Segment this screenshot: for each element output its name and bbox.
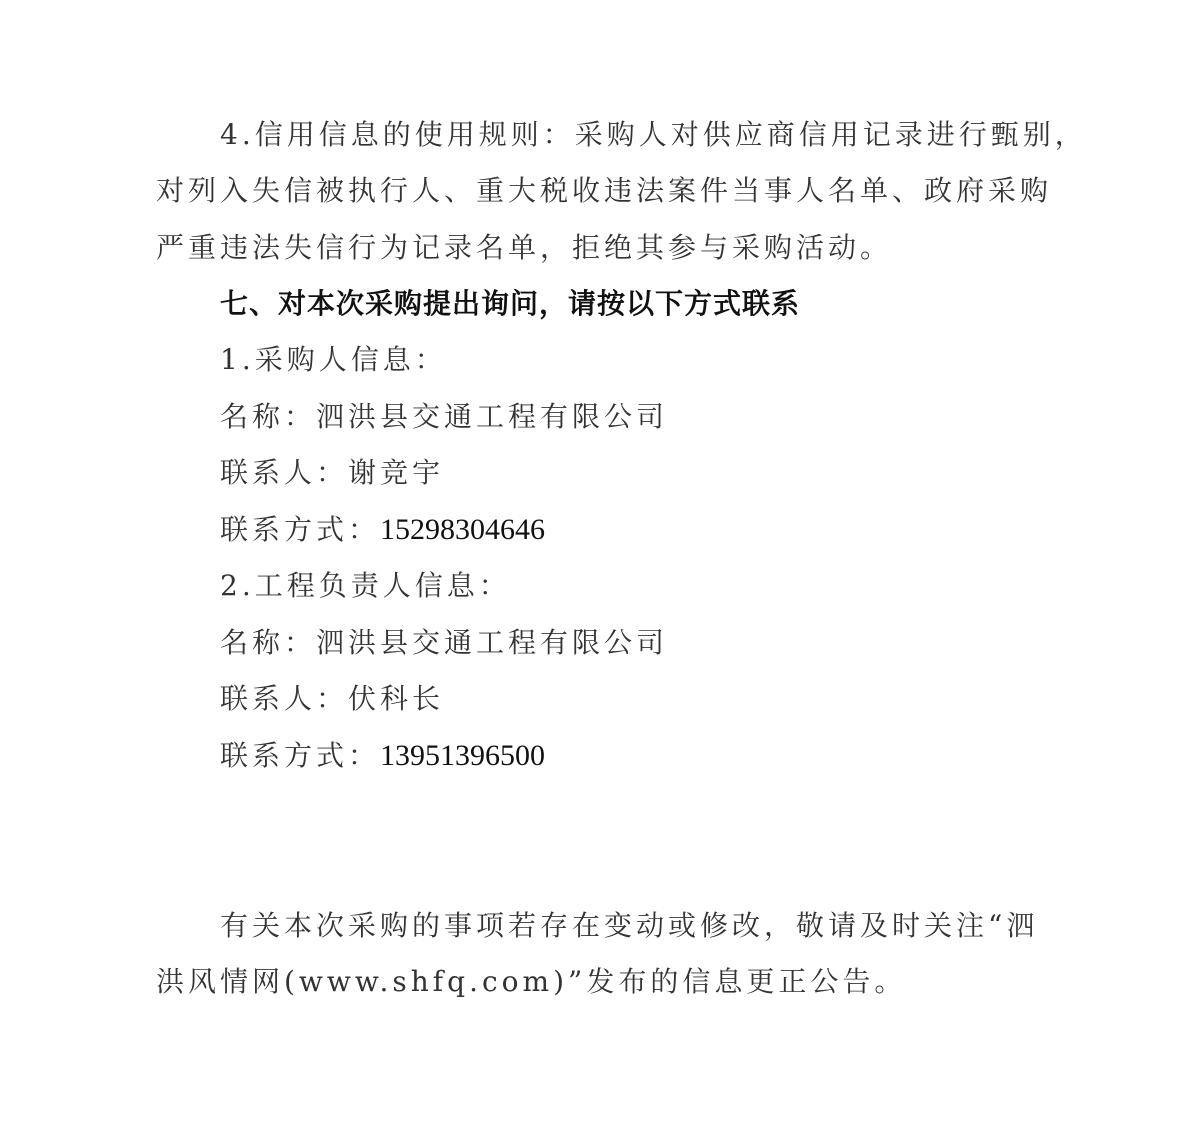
purchaser-name-row: 名称：泗洪县交通工程有限公司 — [220, 397, 668, 437]
purchaser-contact-label: 联系人： — [220, 456, 348, 489]
project-lead-contact-row: 联系人：伏科长 — [220, 679, 444, 719]
section-7-heading: 七、对本次采购提出询问，请按以下方式联系 — [220, 284, 800, 324]
project-lead-name-label: 名称： — [220, 626, 316, 659]
purchaser-phone-label: 联系方式： — [220, 513, 380, 546]
project-lead-name-value: 泗洪县交通工程有限公司 — [316, 626, 668, 659]
project-lead-phone-label: 联系方式： — [220, 739, 380, 772]
project-lead-info-title: 2.工程负责人信息： — [220, 566, 511, 606]
purchaser-contact-value: 谢竞宇 — [348, 456, 444, 489]
closing-line-2: 洪风情网(www.shfq.com)”发布的信息更正公告。 — [156, 962, 906, 1002]
project-lead-phone-value: 13951396500 — [380, 739, 545, 772]
purchaser-info-title: 1.采购人信息： — [220, 340, 447, 380]
document-page: 4.信用信息的使用规则：采购人对供应商信用记录进行甄别， 对列入失信被执行人、重… — [0, 0, 1200, 1125]
project-lead-name-row: 名称：泗洪县交通工程有限公司 — [220, 623, 668, 663]
purchaser-phone-value: 15298304646 — [380, 513, 545, 546]
credit-rule-line-1: 4.信用信息的使用规则：采购人对供应商信用记录进行甄别， — [220, 115, 1087, 155]
project-lead-contact-value: 伏科长 — [348, 682, 444, 715]
purchaser-name-label: 名称： — [220, 400, 316, 433]
purchaser-contact-row: 联系人：谢竞宇 — [220, 453, 444, 493]
purchaser-phone-row: 联系方式：15298304646 — [220, 510, 545, 550]
project-lead-contact-label: 联系人： — [220, 682, 348, 715]
project-lead-phone-row: 联系方式：13951396500 — [220, 736, 545, 776]
purchaser-name-value: 泗洪县交通工程有限公司 — [316, 400, 668, 433]
closing-line-1: 有关本次采购的事项若存在变动或修改，敬请及时关注“泗 — [220, 906, 1038, 946]
credit-rule-line-3: 严重违法失信行为记录名单，拒绝其参与采购活动。 — [156, 228, 892, 268]
credit-rule-line-2: 对列入失信被执行人、重大税收违法案件当事人名单、政府采购 — [156, 171, 1052, 211]
